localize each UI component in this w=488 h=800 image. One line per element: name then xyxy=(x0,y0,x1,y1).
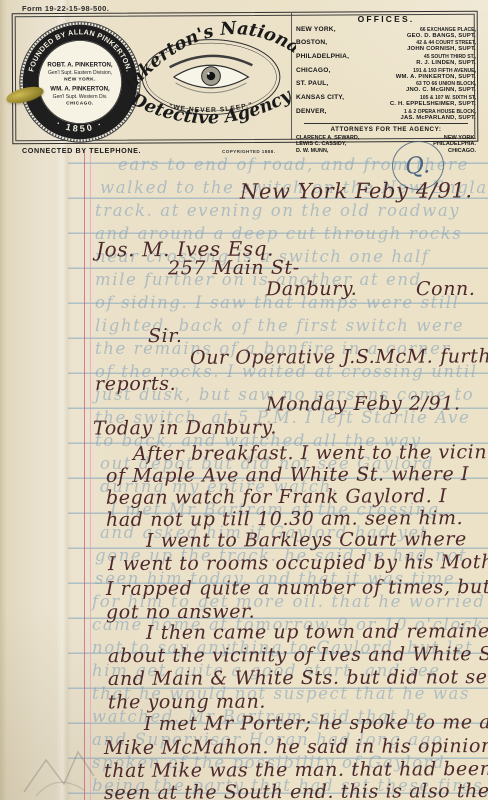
bleed-through-line: track. at evening on the old roadway xyxy=(95,201,460,220)
office-city: NEW YORK, xyxy=(296,27,336,33)
handwritten-line-body: about the vicinity of Ives and White Sts… xyxy=(108,644,488,668)
handwritten-line-body: I met Mr Porter; he spoke to me about xyxy=(144,712,488,736)
office-entry: ST. PAUL,63 TO 66 UNION BLOCK,JNO. C. Mc… xyxy=(296,81,476,94)
file-mark-letter: Q. xyxy=(405,152,431,179)
office-entry: CHICAGO,191 & 193 FIFTH AVENUE,WM. A. PI… xyxy=(296,68,476,81)
pencil-scribble xyxy=(6,732,136,798)
office-city: PHILADELPHIA, xyxy=(296,54,349,60)
handwritten-line-body: I rapped quite a number of times, but xyxy=(106,577,488,601)
letter-page: ears to end of road, and from therewalke… xyxy=(0,0,488,800)
handwritten-line-body: that Mike was the man. that had been xyxy=(104,759,488,783)
office-superintendent: GEO. D. BANGS, SUPT. xyxy=(296,33,476,39)
eye-icon xyxy=(170,56,253,93)
attorneys-rule xyxy=(304,123,468,124)
office-city: CHICAGO, xyxy=(296,68,331,74)
handwritten-line-salutation: Sir. xyxy=(148,326,183,348)
handwritten-line-body: began watch for Frank Gaylord. I xyxy=(106,486,447,510)
office-city: BOSTON, xyxy=(296,40,327,46)
office-entry: NEW YORK,66 EXCHANGE PLACE,GEO. D. BANGS… xyxy=(296,27,476,40)
attorneys-title: ATTORNEYS FOR THE AGENCY: xyxy=(296,126,476,133)
margin-line-outer xyxy=(84,150,85,800)
handwritten-line-body: I then came up town and remained xyxy=(146,621,488,645)
handwritten-line-body: reports. xyxy=(95,374,176,396)
seal-line: Gen'l Supt. Eastern Division, xyxy=(48,70,112,76)
seal-line: Gen'l Supt. Western Div. xyxy=(53,94,108,100)
handwritten-line-body: I went to Barkleys Court where xyxy=(146,529,467,553)
office-city: KANSAS CITY, xyxy=(296,95,344,101)
handwritten-line-body: of Maple Ave and White St. where I xyxy=(106,464,469,488)
office-address: 191 & 193 FIFTH AVENUE, xyxy=(413,68,476,74)
offices-block: OFFICES. NEW YORK,66 EXCHANGE PLACE,GEO.… xyxy=(296,14,476,154)
handwritten-line-body: Today in Danbury. xyxy=(93,418,277,441)
office-entry: DENVER,1 & 2 OPERA HOUSE BLOCK,JAS. McPA… xyxy=(296,109,476,122)
office-entries: NEW YORK,66 EXCHANGE PLACE,GEO. D. BANGS… xyxy=(296,27,476,122)
attorney-rows: CLARENCE A. SEWARD,NEW YORK.LEWIS C. CAS… xyxy=(296,135,476,155)
office-entry: KANSAS CITY,105 & 107 W. SIXTH ST,C. H. … xyxy=(296,95,476,108)
office-entry: BOSTON,42 & 44 COURT STREET,JOHN CORNISH… xyxy=(296,40,476,53)
handwritten-line-dateline: New York Feby 4/91. xyxy=(240,178,473,203)
office-address: 1 & 2 OPERA HOUSE BLOCK, xyxy=(404,109,476,115)
handwritten-line-body: the young man. xyxy=(108,692,266,715)
office-address: 66 EXCHANGE PLACE, xyxy=(420,27,476,33)
handwritten-line-recipient: Conn. xyxy=(416,279,476,301)
attorney-name: D. W. MUNN, xyxy=(296,148,328,155)
office-city: DENVER, xyxy=(296,109,327,115)
handwritten-line-recipient: 257 Main St- xyxy=(168,258,300,281)
attorney-row: D. W. MUNN,CHICAGO. xyxy=(296,148,476,155)
office-superintendent: JOHN CORNISH, SUPT. xyxy=(296,46,476,52)
seal-line: NEW YORK. xyxy=(64,77,96,83)
seal-line: CHICAGO. xyxy=(66,100,94,106)
agency-vignette: Pinkerton's National "WE NEVER SLEEP." D… xyxy=(126,18,296,142)
office-superintendent: JAS. McPARLAND, SUPT. xyxy=(296,115,476,121)
office-superintendent: R. J. LINDEN, SUPT. xyxy=(296,60,476,66)
handwritten-line-body: Mike McMahon. he said in his opinion xyxy=(104,736,488,760)
margin-line-inner xyxy=(90,150,91,800)
form-number: Form 19-22-15-98-500. xyxy=(22,4,109,13)
handwritten-line-body: and Main & White Sts. but did not see xyxy=(108,667,488,691)
office-superintendent: C. H. EPPELSHEIMER, SUPT. xyxy=(296,101,476,107)
attorney-city: CHICAGO. xyxy=(448,148,476,155)
vignette-arc-bottom: Detective Agency xyxy=(126,84,296,128)
founders-seal: FOUNDED BY ALLAN PINKERTON. · 1850 · ROB… xyxy=(16,18,144,146)
office-superintendent: WM. A. PINKERTON, SUPT. xyxy=(296,74,476,80)
copyright-note: COPYRIGHTED 1888. xyxy=(222,149,275,154)
handwritten-line-body: Monday Feby 2/91. xyxy=(266,393,461,416)
handwritten-line-body: Our Operative J.S.McM. further xyxy=(190,346,488,370)
office-city: ST. PAUL, xyxy=(296,81,328,87)
office-entry: PHILADELPHIA,45 SOUTH THIRD ST.,R. J. LI… xyxy=(296,54,476,67)
seal-line: ROBT. A. PINKERTON, xyxy=(47,62,112,69)
office-superintendent: JNO. C. McGINN, SUPT. xyxy=(296,87,476,93)
telephone-note: CONNECTED BY TELEPHONE. xyxy=(22,146,141,155)
offices-title: OFFICES. xyxy=(296,14,476,24)
handwritten-line-body: seen at the South end. this is also the xyxy=(104,781,488,800)
handwritten-line-recipient: Danbury. xyxy=(266,279,357,301)
handwritten-line-body: I went to rooms occupied by his Mother. xyxy=(108,552,488,576)
seal-line: WM. A. PINKERTON, xyxy=(50,86,110,93)
